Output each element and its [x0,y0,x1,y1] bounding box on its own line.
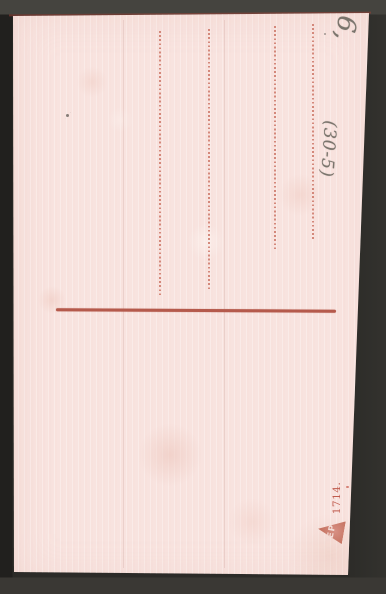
gray-speck [324,33,326,35]
publisher-monogram: EP [326,523,338,539]
address-dotted-line [274,26,276,250]
publisher-number: 1714. [331,482,343,515]
red-speck [346,486,349,488]
postcard-back: 6, (30-5) 1714. EP [0,0,386,594]
handwritten-stock-number: (30-5) [316,120,340,179]
address-dotted-line [312,24,314,240]
paper-crease [224,20,225,568]
address-dotted-line [208,29,210,291]
handwritten-mark-top-right: 6, [328,13,362,43]
scanner-background: 6, (30-5) 1714. EP [0,0,386,594]
divider-rule [56,308,336,312]
address-dotted-line [159,31,161,297]
paper-crease [123,20,124,568]
ink-speck [66,114,69,117]
publisher-logo-icon: EP [316,517,346,544]
